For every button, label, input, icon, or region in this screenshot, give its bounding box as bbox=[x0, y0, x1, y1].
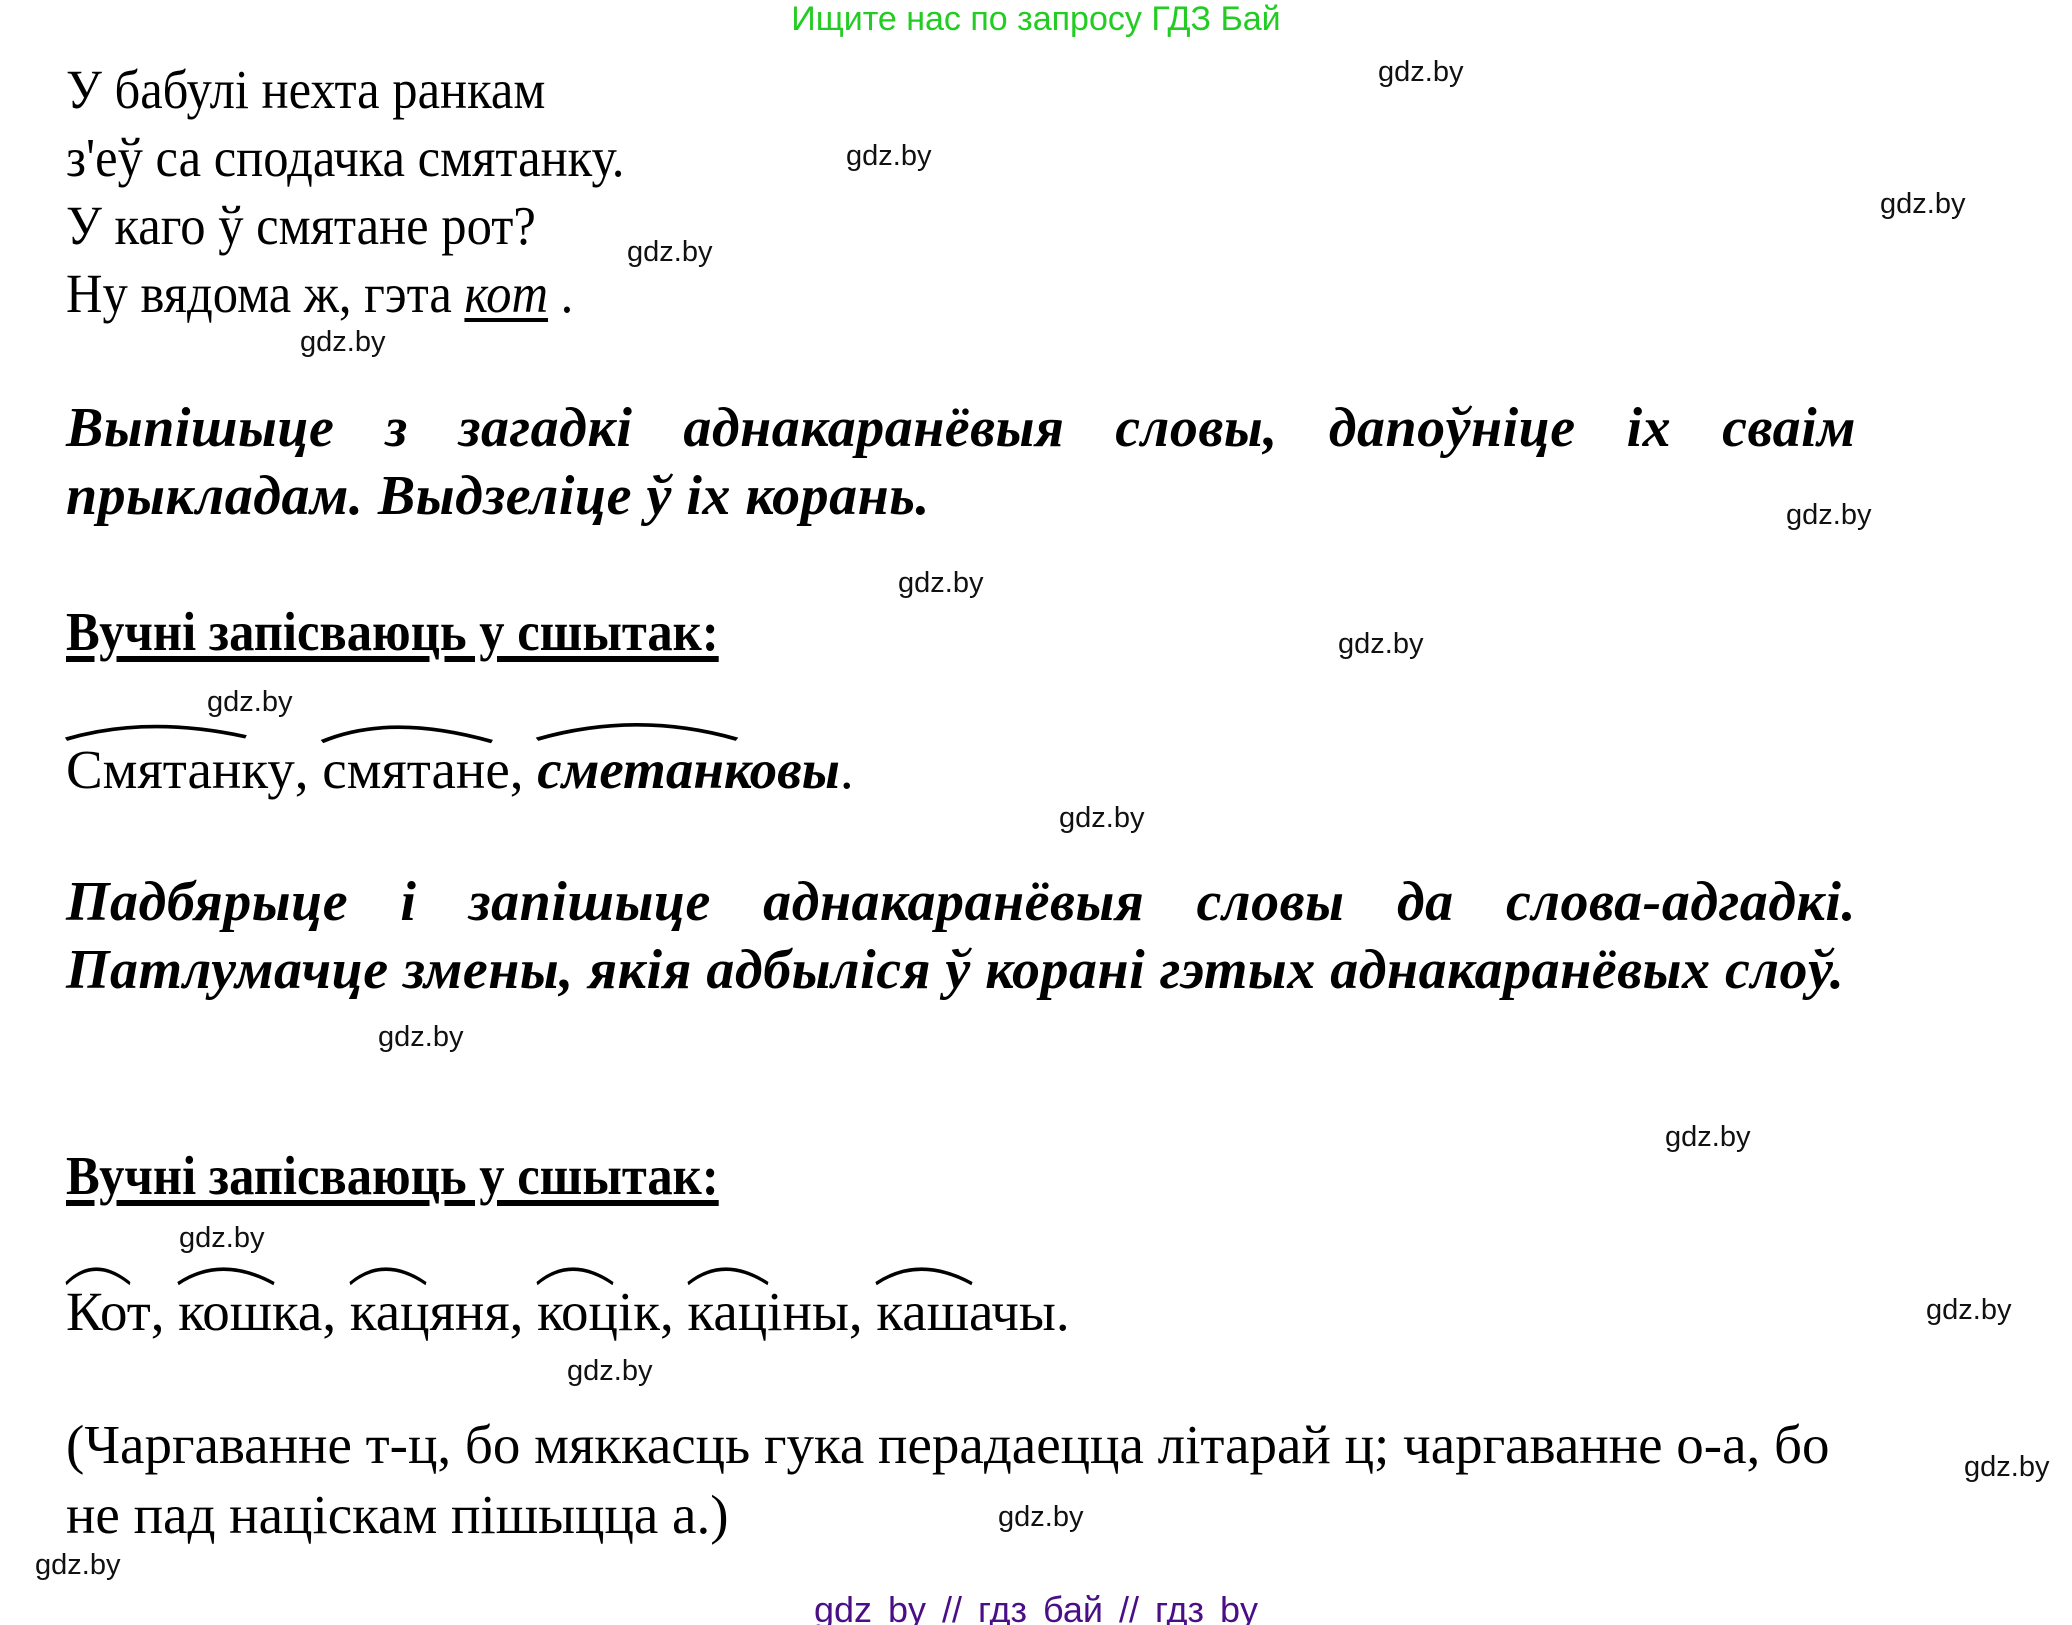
root-arc-icon bbox=[876, 1262, 972, 1286]
root-arc-icon bbox=[537, 720, 737, 744]
poem-line-2: з'еў са сподачка смятанку. bbox=[66, 124, 624, 192]
word-kot: Кот bbox=[66, 1280, 151, 1344]
watermark: gdz.by bbox=[627, 236, 712, 268]
watermark: gdz.by bbox=[1880, 188, 1965, 220]
section-heading-1: Вучні запісваюць у сшытак: bbox=[66, 600, 719, 664]
poem-line-4: Ну вядома ж, гэта кот . bbox=[66, 260, 573, 328]
word-katsiny: каціны bbox=[688, 1280, 849, 1344]
root-arc-icon bbox=[350, 1262, 426, 1286]
word-kashachy: кашачы bbox=[876, 1280, 1055, 1344]
search-banner: Ищите нас по запросу ГДЗ Бай bbox=[0, 0, 2072, 38]
watermark: gdz.by bbox=[1338, 628, 1423, 660]
root-arc-icon bbox=[688, 1262, 768, 1286]
footer-links: gdz by // гдз бай // гдз by bbox=[0, 1590, 2072, 1625]
watermark: gdz.by bbox=[207, 686, 292, 718]
watermark: gdz.by bbox=[300, 326, 385, 358]
word-smyatanku: Смятанку bbox=[66, 738, 295, 802]
watermark: gdz.by bbox=[1665, 1121, 1750, 1153]
root-arc-icon bbox=[322, 720, 492, 744]
watermark: gdz.by bbox=[998, 1501, 1083, 1533]
section-heading-2: Вучні запісваюць у сшытак: bbox=[66, 1144, 719, 1208]
word-koshka: кошка bbox=[178, 1280, 322, 1344]
root-arc-icon bbox=[537, 1262, 613, 1286]
watermark: gdz.by bbox=[846, 140, 931, 172]
word-katsyanya: кацяня bbox=[350, 1280, 510, 1344]
watermark: gdz.by bbox=[898, 567, 983, 599]
watermark: gdz.by bbox=[1786, 499, 1871, 531]
word-smetankovy: сметанковы bbox=[537, 738, 840, 802]
poem-line-4-prefix: Ну вядома ж, гэта bbox=[66, 263, 464, 324]
answer-2-words: Кот, кошка, кацяня, коцік, каціны, кашач… bbox=[66, 1280, 1070, 1344]
answer-1-words: Смятанку, смятане, сметанковы. bbox=[66, 738, 854, 802]
root-arc-icon bbox=[66, 720, 246, 744]
root-arc-icon bbox=[178, 1262, 274, 1286]
watermark: gdz.by bbox=[1059, 802, 1144, 834]
word-kotsik: коцік bbox=[537, 1280, 660, 1344]
watermark: gdz.by bbox=[567, 1355, 652, 1387]
watermark: gdz.by bbox=[1378, 56, 1463, 88]
watermark: gdz.by bbox=[179, 1222, 264, 1254]
poem-line-1: У бабулі нехта ранкам bbox=[66, 56, 545, 124]
word-smyatane: смятане bbox=[322, 738, 509, 802]
watermark: gdz.by bbox=[1964, 1451, 2049, 1483]
riddle-answer: кот bbox=[464, 263, 548, 324]
poem-line-3: У каго ў смятане рот? bbox=[66, 192, 536, 260]
root-arc-icon bbox=[66, 1262, 130, 1286]
task-2-instruction: Падбярыце і запішыце аднакаранёвыя словы… bbox=[66, 868, 1856, 1004]
alternation-note: (Чаргаванне т-ц, бо мяккасць гука перада… bbox=[66, 1410, 1856, 1550]
task-1-instruction: Выпішыце з загадкі аднакаранёвыя словы, … bbox=[66, 394, 1856, 530]
watermark: gdz.by bbox=[35, 1549, 120, 1581]
watermark: gdz.by bbox=[1926, 1294, 2011, 1326]
poem-line-4-suffix: . bbox=[548, 263, 573, 324]
watermark: gdz.by bbox=[378, 1021, 463, 1053]
